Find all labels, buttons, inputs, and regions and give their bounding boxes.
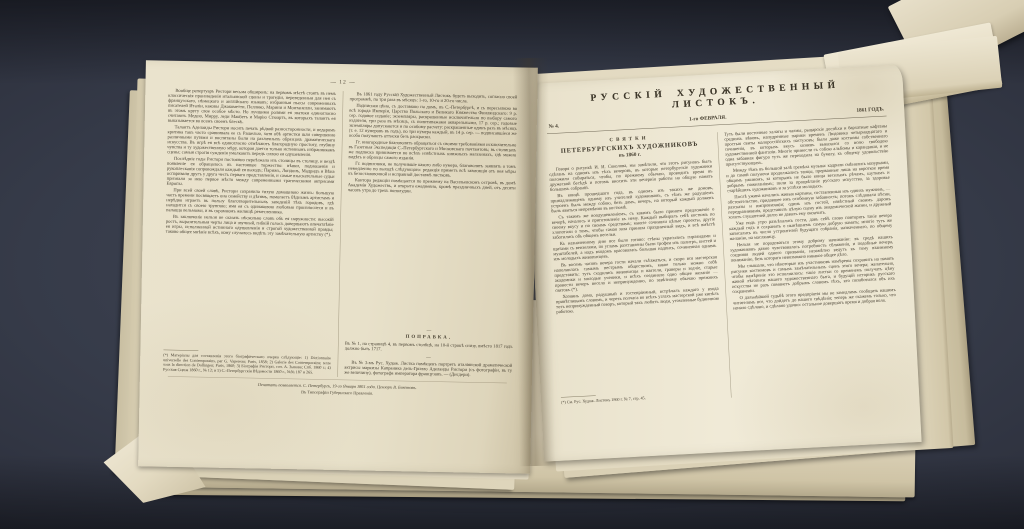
footnote-text: (*) Матеріалы для составленія этого біог…	[163, 353, 331, 375]
issue-number: № 4.	[548, 123, 559, 129]
right-page: РУССКІЙ ХУДОЖЕСТВЕННЫЙ ЛИСТОКЪ. № 4. 1-г…	[524, 64, 921, 461]
footnote-text: (*) См. Рус. Худож. Листокъ 1860 г. № 7,…	[561, 391, 724, 404]
article-paragraph: Талантъ Аделаиды Ристори носитъ печать р…	[167, 124, 335, 157]
article-paragraph: При всей своей славѣ, Ристори сохранила …	[166, 187, 334, 215]
right-column-1: СВЯТКИ ПЕТЕРБУРГСКИХЪ ХУДОЖНИКОВЪ въ 186…	[547, 132, 724, 406]
footnote-block: (*) Матеріалы для составленія этого біог…	[163, 347, 331, 377]
issue-year: 1861 ГОДЪ.	[856, 106, 884, 113]
footnote-rule	[561, 395, 596, 397]
footnote-block: (*) См. Рус. Худож. Листокъ 1860 г. № 7,…	[561, 385, 725, 406]
notice-paragraph: Гг. иногородные благоволятъ обращаться с…	[348, 139, 516, 162]
right-column-2: Тутъ были восточные халаты и чалмы, рыца…	[724, 123, 901, 397]
article-title: СВЯТКИ ПЕТЕРБУРГСКИХЪ ХУДОЖНИКОВЪ въ 186…	[547, 132, 711, 162]
footnote-rule	[163, 350, 198, 351]
article-paragraph: Послѣдніе годы Ристори постоянно переѣзж…	[167, 156, 335, 189]
right-page-surface: РУССКІЙ ХУДОЖЕСТВЕННЫЙ ЛИСТОКЪ. № 4. 1-г…	[524, 64, 921, 461]
issue-date: 1-го ФЕВРАЛЯ.	[689, 115, 727, 122]
left-column-2: Въ 1861 году Русскій Художественный Лист…	[344, 91, 517, 380]
left-column-1: Вообще репертуаръ Ристори весьма обширен…	[163, 88, 336, 377]
imprint-block: Печатать позволяется. С. Петербургъ, 19-…	[163, 380, 512, 400]
photo-scene: РУССКІЙ ХУДОЖЕСТВЕННЫЙ ЛИСТОКЪ. № 4. 1-г…	[0, 0, 1024, 529]
portrait-notice-text: Въ № 3-мъ Рус. Худож. Листка помѣщенъ по…	[344, 360, 512, 378]
notice-paragraph: Контора редакціи помѣщается по прежнему …	[348, 177, 516, 195]
left-page: — 12 — Вообще репертуаръ Ристори весьма …	[138, 60, 538, 473]
page-number: — 12 —	[169, 76, 518, 89]
corrections-block: — ПОПРАВКА. Въ № 1, на страницѣ 4, въ пе…	[344, 324, 513, 380]
right-page-columns: СВЯТКИ ПЕТЕРБУРГСКИХЪ ХУДОЖНИКОВЪ въ 186…	[547, 123, 900, 406]
article-paragraph: Вообще репертуаръ Ристори весьма обширен…	[168, 88, 336, 126]
column-divider-rule	[337, 91, 343, 377]
notice-paragraph: Подписная цѣна, съ доставкою на домъ, въ…	[349, 103, 517, 141]
notice-paragraph: Гг. подписчики, не получившіе какого либ…	[348, 161, 516, 179]
left-page-columns: Вообще репертуаръ Ристори весьма обширен…	[163, 88, 517, 381]
article-paragraph: Въ заключеніе нельзя не сказать нѣскольк…	[166, 214, 334, 237]
left-page-surface: — 12 — Вообще репертуаръ Ристори весьма …	[138, 60, 538, 473]
